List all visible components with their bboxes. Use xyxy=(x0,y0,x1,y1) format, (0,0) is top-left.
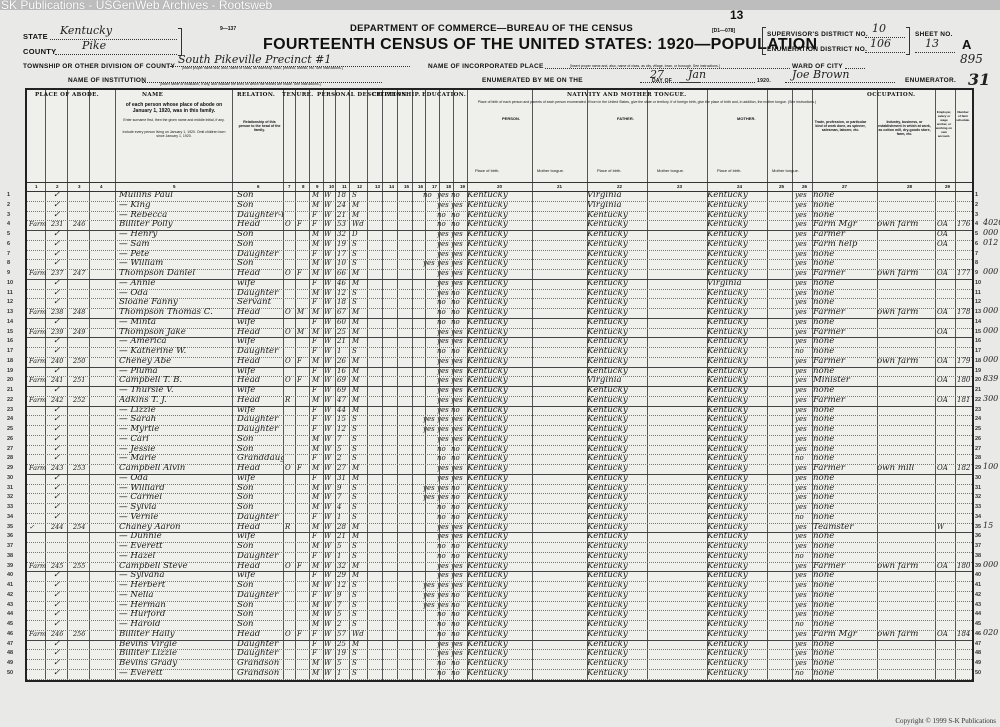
cell-father-birth: Kentucky xyxy=(587,601,662,611)
cell-birth: Kentucky xyxy=(467,328,542,338)
cell-house: 245 xyxy=(51,562,71,572)
cell-mother-birth: Kentucky xyxy=(707,435,782,445)
cell-owned xyxy=(297,532,307,542)
line-number-right: 41 xyxy=(975,582,981,588)
cell-farm xyxy=(957,552,971,562)
cell-read: yes xyxy=(437,474,451,484)
line-number: 31 xyxy=(7,485,13,491)
cell-marital: S xyxy=(352,620,366,630)
cell-marital: S xyxy=(352,649,366,659)
name-description: of each person whose place of abode on J… xyxy=(119,102,229,114)
cell-mother-birth: Kentucky xyxy=(707,503,782,513)
cell-sex: M xyxy=(312,659,322,669)
cell-mother-birth: Kentucky xyxy=(707,308,782,318)
cell-trade: Farm help xyxy=(813,240,875,250)
cell-birth: Kentucky xyxy=(467,318,542,328)
cell-class xyxy=(937,337,955,347)
cell-read: yes xyxy=(437,386,451,396)
cell-house xyxy=(51,513,71,523)
cell-owned xyxy=(297,250,307,260)
cell-race: W xyxy=(324,406,334,416)
cell-marital: S xyxy=(352,484,366,494)
cell-father-birth: Virginia xyxy=(587,376,662,386)
cell-write: yes xyxy=(451,562,465,572)
copyright-notice: Copyright © 1999 S-K Publications xyxy=(895,717,996,725)
cell-birth: Kentucky xyxy=(467,591,542,601)
cell-home xyxy=(285,211,293,221)
cell-read: yes xyxy=(437,532,451,542)
cell-father-birth: Kentucky xyxy=(587,211,662,221)
cell-mother-birth: Kentucky xyxy=(707,367,782,377)
cell-father-birth: Kentucky xyxy=(587,289,662,299)
cell-write: no xyxy=(451,308,465,318)
cell-dwelling xyxy=(29,552,49,562)
cell-industry: own mill xyxy=(877,464,935,474)
line-number-right: 10 xyxy=(975,280,981,286)
cell-farm xyxy=(957,240,971,250)
cell-race: W xyxy=(324,464,334,474)
cell-school: yes xyxy=(423,415,437,425)
cell-trade: none xyxy=(813,532,875,542)
cell-write: yes xyxy=(451,357,465,367)
column-number: 18 xyxy=(446,184,451,189)
cell-home xyxy=(285,542,293,552)
cell-family xyxy=(73,659,93,669)
line-number-right: 20 xyxy=(975,377,981,383)
cell-home xyxy=(285,581,293,591)
cell-relation: Son xyxy=(237,201,283,211)
cell-write: no xyxy=(451,191,465,201)
cell-age: 21 xyxy=(337,532,349,542)
cell-house xyxy=(51,454,71,464)
cell-farm xyxy=(957,474,971,484)
cell-home xyxy=(285,659,293,669)
cell-owned: F xyxy=(297,464,307,474)
line-number-right: 30 xyxy=(975,475,981,481)
cell-race: W xyxy=(324,493,334,503)
cell-name: Campbell Steve xyxy=(119,562,237,572)
cell-class xyxy=(937,435,955,445)
cell-school xyxy=(423,220,437,230)
margin-note: 020 xyxy=(983,628,998,637)
cell-home xyxy=(285,201,293,211)
cell-age: 15 xyxy=(337,415,349,425)
cell-house: 244 xyxy=(51,523,71,533)
cell-write: yes xyxy=(451,250,465,260)
cell-english: yes xyxy=(795,659,811,669)
cell-owned xyxy=(297,649,307,659)
cell-marital: S xyxy=(352,552,366,562)
cell-trade: none xyxy=(813,279,875,289)
cell-name: — Everett xyxy=(119,542,237,552)
cell-name: — Carl xyxy=(119,435,237,445)
line-number: 35 xyxy=(7,524,13,530)
cell-house xyxy=(51,347,71,357)
cell-mother-birth: Kentucky xyxy=(707,591,782,601)
cell-family: 246 xyxy=(73,220,93,230)
cell-name: — Williard xyxy=(119,484,237,494)
cell-owned xyxy=(297,542,307,552)
cell-write: yes xyxy=(451,532,465,542)
cell-sex: M xyxy=(312,610,322,620)
cell-house xyxy=(51,279,71,289)
cell-birth: Kentucky xyxy=(467,386,542,396)
cell-industry: own farm xyxy=(877,220,935,230)
cell-school xyxy=(423,620,437,630)
cell-relation: Head xyxy=(237,464,283,474)
cell-race: W xyxy=(324,610,334,620)
cell-owned xyxy=(297,406,307,416)
cell-class: OA xyxy=(937,396,955,406)
cell-father-birth: Kentucky xyxy=(587,425,662,435)
line-number-right: 35 xyxy=(975,524,981,530)
cell-farm xyxy=(957,279,971,289)
cell-trade: none xyxy=(813,454,875,464)
cell-birth: Kentucky xyxy=(467,259,542,269)
cell-farm xyxy=(957,591,971,601)
cell-home xyxy=(285,367,293,377)
cell-mother-birth: Kentucky xyxy=(707,581,782,591)
cell-age: 69 xyxy=(337,376,349,386)
line-number: 20 xyxy=(7,377,13,383)
cell-read: no xyxy=(437,308,451,318)
line-number: 50 xyxy=(7,670,13,676)
father-mother-tongue: Mother tongue. xyxy=(657,168,684,173)
cell-read: yes xyxy=(437,259,451,269)
cell-write: no xyxy=(451,601,465,611)
cell-father-birth: Kentucky xyxy=(587,337,662,347)
cell-mother-birth: Kentucky xyxy=(707,620,782,630)
line-number-right: 27 xyxy=(975,446,981,452)
state-label: STATE xyxy=(23,32,48,41)
cell-farm xyxy=(957,649,971,659)
cell-english: yes xyxy=(795,201,811,211)
cell-school xyxy=(423,435,437,445)
cell-family: 255 xyxy=(73,562,93,572)
cell-home xyxy=(285,259,293,269)
cell-marital: Wd xyxy=(352,630,366,640)
cell-sex: M xyxy=(312,484,322,494)
cell-age: 32 xyxy=(337,562,349,572)
cell-family xyxy=(73,591,93,601)
cell-read: yes xyxy=(437,415,451,425)
cell-school xyxy=(423,610,437,620)
margin-note-1: 895 xyxy=(960,52,983,66)
cell-read: yes xyxy=(437,649,451,659)
cell-dwelling xyxy=(29,318,49,328)
cell-owned xyxy=(297,659,307,669)
cell-dwelling xyxy=(29,201,49,211)
cell-father-birth: Kentucky xyxy=(587,659,662,669)
cell-read: yes xyxy=(437,493,451,503)
cell-mother-birth: Kentucky xyxy=(707,669,782,679)
cell-father-birth: Kentucky xyxy=(587,396,662,406)
cell-name: — Harold xyxy=(119,620,237,630)
cell-age: 1 xyxy=(337,513,349,523)
line-number-right: 28 xyxy=(975,455,981,461)
line-number-right: 40 xyxy=(975,572,981,578)
cell-english: no xyxy=(795,552,811,562)
cell-read: yes xyxy=(437,435,451,445)
cell-father-birth: Kentucky xyxy=(587,474,662,484)
cell-name: — America xyxy=(119,337,237,347)
cell-home xyxy=(285,279,293,289)
cell-owned xyxy=(297,640,307,650)
cell-birth: Kentucky xyxy=(467,630,542,640)
cell-race: W xyxy=(324,620,334,630)
cell-class xyxy=(937,367,955,377)
cell-name: — Hurford xyxy=(119,610,237,620)
cell-age: 27 xyxy=(337,464,349,474)
cell-dwelling xyxy=(29,532,49,542)
cell-farm xyxy=(957,337,971,347)
cell-house xyxy=(51,659,71,669)
cell-school xyxy=(423,240,437,250)
cell-class xyxy=(937,610,955,620)
cell-sex: M xyxy=(312,396,322,406)
cell-age: 7 xyxy=(337,493,349,503)
cell-owned: F xyxy=(297,562,307,572)
cell-age: 19 xyxy=(337,240,349,250)
cell-name: — Jessie xyxy=(119,445,237,455)
line-number-right: 32 xyxy=(975,494,981,500)
cell-birth: Kentucky xyxy=(467,474,542,484)
cell-trade: none xyxy=(813,503,875,513)
cell-house xyxy=(51,581,71,591)
cell-father-birth: Kentucky xyxy=(587,386,662,396)
cell-race: W xyxy=(324,552,334,562)
cell-age: 12 xyxy=(337,425,349,435)
cell-race: W xyxy=(324,396,334,406)
cell-dwelling xyxy=(29,474,49,484)
cell-dwelling: Farm xyxy=(29,630,49,640)
cell-marital: M xyxy=(352,318,366,328)
cell-house: 240 xyxy=(51,357,71,367)
cell-sex: M xyxy=(312,435,322,445)
cell-mother-birth: Kentucky xyxy=(707,240,782,250)
cell-industry xyxy=(877,230,935,240)
cell-farm xyxy=(957,318,971,328)
cell-read: yes xyxy=(437,201,451,211)
cell-write: yes xyxy=(451,328,465,338)
cell-mother-birth: Kentucky xyxy=(707,259,782,269)
cell-name: — Dunnie xyxy=(119,532,237,542)
cell-farm xyxy=(957,250,971,260)
cell-industry xyxy=(877,493,935,503)
cell-class xyxy=(937,289,955,299)
margin-note: 100 xyxy=(983,462,998,471)
cell-english: yes xyxy=(795,308,811,318)
cell-relation: Grandson xyxy=(237,669,283,679)
cell-name: — Marie xyxy=(119,454,237,464)
line-number-right: 46 xyxy=(975,631,981,637)
cell-sex: M xyxy=(312,620,322,630)
cell-home xyxy=(285,503,293,513)
cell-age: 17 xyxy=(337,250,349,260)
cell-marital: M xyxy=(352,562,366,572)
cell-race: W xyxy=(324,474,334,484)
cell-write: yes xyxy=(451,474,465,484)
cell-class: OA xyxy=(937,308,955,318)
cell-name: — Everett xyxy=(119,669,237,679)
line-number-right: 26 xyxy=(975,436,981,442)
cell-industry xyxy=(877,250,935,260)
cell-write: no xyxy=(451,211,465,221)
cell-class xyxy=(937,415,955,425)
cell-sex: F xyxy=(312,386,322,396)
cell-industry: own farm xyxy=(877,269,935,279)
cell-read: yes xyxy=(437,425,451,435)
form-code: [D1—078] xyxy=(712,28,735,34)
cell-trade: Teamster xyxy=(813,523,875,533)
cell-birth: Kentucky xyxy=(467,601,542,611)
cell-race: W xyxy=(324,562,334,572)
cell-english: yes xyxy=(795,337,811,347)
enumerated-month: Jan xyxy=(688,68,706,81)
cell-industry xyxy=(877,415,935,425)
cell-write: no xyxy=(451,493,465,503)
cell-relation: wife xyxy=(237,406,283,416)
cell-name: — Pluma xyxy=(119,367,237,377)
father-label: FATHER. xyxy=(617,116,634,121)
cell-house xyxy=(51,435,71,445)
cell-race: W xyxy=(324,308,334,318)
cell-owned xyxy=(297,669,307,679)
cell-father-birth: Kentucky xyxy=(587,464,662,474)
cell-class: OA xyxy=(937,220,955,230)
line-number: 32 xyxy=(7,494,13,500)
cell-home: O xyxy=(285,464,293,474)
line-number: 3 xyxy=(7,212,10,218)
line-number-right: 5 xyxy=(975,231,978,237)
cell-school xyxy=(423,289,437,299)
cell-father-birth: Kentucky xyxy=(587,630,662,640)
cell-farm xyxy=(957,484,971,494)
cell-marital: M xyxy=(352,269,366,279)
cell-father-birth: Kentucky xyxy=(587,269,662,279)
cell-family: 249 xyxy=(73,328,93,338)
cell-farm xyxy=(957,503,971,513)
cell-dwelling xyxy=(29,503,49,513)
cell-class: OA xyxy=(937,269,955,279)
cell-relation: Head xyxy=(237,269,283,279)
cell-age: 1 xyxy=(337,347,349,357)
cell-birth: Kentucky xyxy=(467,562,542,572)
cell-marital: Wd xyxy=(352,220,366,230)
cell-english: yes xyxy=(795,542,811,552)
cell-mother-birth: Kentucky xyxy=(707,630,782,640)
cell-industry xyxy=(877,376,935,386)
cell-race: W xyxy=(324,484,334,494)
cell-marital: S xyxy=(352,425,366,435)
census-page: SK Publications - USGenWeb Archives - Ro… xyxy=(0,0,1000,727)
cell-sex: M xyxy=(312,601,322,611)
cell-english: yes xyxy=(795,523,811,533)
cell-mother-birth: Kentucky xyxy=(707,601,782,611)
cell-english: yes xyxy=(795,269,811,279)
cell-race: W xyxy=(324,503,334,513)
cell-english: yes xyxy=(795,318,811,328)
cell-english: yes xyxy=(795,484,811,494)
cell-family xyxy=(73,367,93,377)
cell-family: 252 xyxy=(73,396,93,406)
cell-trade: none xyxy=(813,337,875,347)
column-number: 7 xyxy=(288,184,291,189)
cell-school: yes xyxy=(423,493,437,503)
cell-name: — Henry xyxy=(119,230,237,240)
cell-home xyxy=(285,230,293,240)
cell-home: R xyxy=(285,396,293,406)
cell-read: no xyxy=(437,211,451,221)
cell-marital: M xyxy=(352,337,366,347)
cell-owned: F xyxy=(297,220,307,230)
line-number-right: 38 xyxy=(975,553,981,559)
line-number-right: 7 xyxy=(975,251,978,257)
supervisor-value: 10 xyxy=(872,22,886,35)
cell-family: 251 xyxy=(73,376,93,386)
cell-age: 25 xyxy=(337,640,349,650)
cell-read: yes xyxy=(437,269,451,279)
line-number: 21 xyxy=(7,387,13,393)
cell-mother-birth: Kentucky xyxy=(707,532,782,542)
line-number: 9 xyxy=(7,270,10,276)
cell-industry: own farm xyxy=(877,357,935,367)
cell-school xyxy=(423,308,437,318)
cell-english: yes xyxy=(795,435,811,445)
cell-family xyxy=(73,649,93,659)
cell-relation: wife xyxy=(237,337,283,347)
cell-industry xyxy=(877,211,935,221)
cell-father-birth: Kentucky xyxy=(587,406,662,416)
cell-name: — Sylvana xyxy=(119,571,237,581)
cell-family xyxy=(73,620,93,630)
cell-industry xyxy=(877,367,935,377)
cell-birth: Kentucky xyxy=(467,230,542,240)
cell-race: W xyxy=(324,318,334,328)
cell-age: 66 xyxy=(337,269,349,279)
cell-mother-birth: Kentucky xyxy=(707,328,782,338)
cell-age: 2 xyxy=(337,454,349,464)
cell-read: yes xyxy=(437,571,451,581)
column-number: 13 xyxy=(375,184,380,189)
group-tenure: TENURE. xyxy=(282,92,314,98)
column-number: 12 xyxy=(357,184,362,189)
cell-industry xyxy=(877,474,935,484)
cell-mother-birth: Kentucky xyxy=(707,425,782,435)
cell-relation: Daughter xyxy=(237,513,283,523)
group-relation: RELATION. xyxy=(237,92,275,98)
cell-father-birth: Kentucky xyxy=(587,523,662,533)
cell-family xyxy=(73,406,93,416)
name-subtext-2: Include every person living on January 1… xyxy=(119,130,229,138)
cell-industry xyxy=(877,523,935,533)
cell-marital: S xyxy=(352,503,366,513)
cell-trade: none xyxy=(813,581,875,591)
cell-english: yes xyxy=(795,581,811,591)
cell-industry xyxy=(877,445,935,455)
cell-trade: none xyxy=(813,640,875,650)
cell-birth: Kentucky xyxy=(467,454,542,464)
line-number-right: 24 xyxy=(975,416,981,422)
supervisor-label: SUPERVISOR'S DISTRICT NO. xyxy=(767,31,868,38)
cell-write: no xyxy=(451,318,465,328)
cell-sex: F xyxy=(312,298,322,308)
cell-industry xyxy=(877,406,935,416)
column-number: 5 xyxy=(173,184,176,189)
cell-english: yes xyxy=(795,298,811,308)
cell-home xyxy=(285,191,293,201)
cell-class xyxy=(937,532,955,542)
